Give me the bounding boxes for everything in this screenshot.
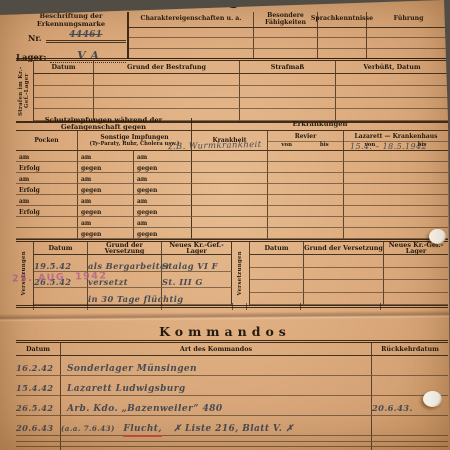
- blank-cell: [34, 98, 94, 110]
- blank-cell: [367, 38, 450, 48]
- blank-cell: [254, 38, 318, 48]
- table-stub: [87, 303, 88, 310]
- flucht-note-suffix: ✗ Liste 216, Blatt V. ✗: [167, 424, 293, 434]
- blank-cell: [192, 228, 268, 239]
- table-stub: [232, 303, 233, 310]
- blank-cell: [34, 74, 94, 86]
- kommando-datum: 20.6.43: [16, 416, 61, 436]
- transfer-grund: in 30 Tage flüchtig: [88, 288, 162, 305]
- col-pocken: Pocken: [16, 131, 78, 151]
- transfer-datum: 19.5.42: [34, 255, 88, 272]
- col-krankheit: Krankheit: [192, 131, 268, 151]
- kommandos-table: Datum Art des Kommandos Rückkehrdatum 16…: [16, 340, 448, 450]
- transfer-lager: Stalag VI F: [162, 255, 232, 272]
- blank-cell: [344, 206, 448, 217]
- impfungen-erkrankungen-section: Schutzimpfungen während der Gefangenscha…: [16, 118, 448, 239]
- col-datum: Datum: [16, 343, 61, 356]
- character-table: Charaktereigenschaften u. a. Besondere F…: [127, 12, 450, 59]
- blank-cell: [192, 173, 268, 184]
- vacc-cell: am: [16, 173, 78, 184]
- table-stub: [300, 303, 301, 310]
- blank-cell: [344, 173, 448, 184]
- blank-cell: [268, 228, 344, 239]
- col-grund-versetzung: Grund der Versetzung: [304, 242, 384, 255]
- transfer-lager: [162, 288, 232, 305]
- blank-cell: [192, 151, 268, 162]
- identity-block: Beschriftung der Erkennungsmarke Nr. 444…: [16, 13, 126, 63]
- vacc-cell: Erfolg: [16, 184, 78, 195]
- strafen-side-label: Strafen im Kr.-Gef.-Lager: [16, 61, 34, 121]
- blank-cell: [304, 280, 384, 293]
- vacc-cell: am: [134, 217, 192, 228]
- blank-cell: [268, 162, 344, 173]
- col-fuehrung: Führung: [367, 12, 450, 28]
- punch-hole-top: [429, 229, 446, 244]
- vacc-cell: [16, 228, 78, 239]
- col-revier: Revier vonbis: [268, 131, 344, 151]
- blank-cell: [192, 206, 268, 217]
- col-datum: Datum: [34, 61, 94, 74]
- table-stub: [161, 303, 162, 310]
- blank-cell: [268, 173, 344, 184]
- blank-cell: [250, 293, 304, 306]
- blank-cell: [250, 255, 304, 268]
- vacc-cell: gegen: [78, 184, 134, 195]
- blank-cell: [240, 98, 336, 110]
- blank-cell: [318, 38, 367, 48]
- blank-cell: [34, 86, 94, 98]
- blank-cell: [384, 293, 448, 306]
- kommando-art: Arb. Kdo. „Bazenweiler“ 480: [61, 396, 372, 416]
- vacc-cell: gegen: [134, 206, 192, 217]
- vacc-cell: gegen: [78, 162, 134, 173]
- col-art-des-kommandos: Art des Kommandos: [61, 343, 372, 356]
- kommandos-title: Kommandos: [0, 324, 450, 339]
- blank-cell: [384, 255, 448, 268]
- vacc-cell: am: [78, 173, 134, 184]
- blank-cell: [268, 206, 344, 217]
- blank-cell: [318, 28, 367, 38]
- nr-handwritten-value: 44461: [46, 30, 126, 43]
- col-datum: Datum: [250, 242, 304, 255]
- blank-cell: [268, 151, 344, 162]
- blank-cell: [254, 28, 318, 38]
- blank-cell: [344, 184, 448, 195]
- blank-cell: [268, 184, 344, 195]
- blank-cell: [129, 38, 254, 48]
- col-sprachkenntnisse: Sprachkenntnisse: [318, 12, 367, 28]
- blank-cell: [304, 255, 384, 268]
- blank-cell: [268, 195, 344, 206]
- col-strafmass: Strafmaß: [240, 61, 336, 74]
- versetzungen-side-label: Versetzungen: [232, 242, 250, 305]
- kommando-datum: 15.4.42: [16, 376, 61, 396]
- vacc-cell: gegen: [134, 228, 192, 239]
- col-datum: Datum: [34, 242, 88, 255]
- transfer-lager: St. III G: [162, 272, 232, 289]
- blank-cell: [192, 217, 268, 228]
- blank-cell: [336, 86, 448, 98]
- blank-cell: [336, 74, 448, 86]
- blank-cell: [344, 151, 448, 162]
- blank-cell: [94, 86, 240, 98]
- blank-cell: [336, 98, 448, 110]
- col-grund-versetzung: Grund der Versetzung: [88, 242, 162, 255]
- col-lazarett: Lazarett — Krankenhaus vonbis: [344, 131, 448, 151]
- strafen-section: Strafen im Kr.-Gef.-Lager Datum Grund de…: [16, 58, 448, 123]
- col-neues-lager: Neues Kr.-Gef.-Lager: [162, 242, 232, 255]
- vacc-cell: am: [78, 195, 134, 206]
- blank-cell: [240, 74, 336, 86]
- erkrankungen-title: Erkrankungen: [192, 118, 448, 131]
- col-grund-bestrafung: Grund der Bestrafung: [94, 61, 240, 74]
- vacc-cell: Erfolg: [16, 206, 78, 217]
- blank-cell: [367, 28, 450, 38]
- vacc-cell: gegen: [134, 162, 192, 173]
- ink-spot: [225, 0, 238, 9]
- flucht-note-prefix: (a.a. 7.6.43): [61, 424, 115, 433]
- vacc-cell: am: [78, 151, 134, 162]
- col-charaktereigenschaften: Charaktereigenschaften u. a.: [129, 12, 254, 28]
- kommando-datum: 26.5.42: [16, 396, 61, 416]
- vacc-cell: am: [78, 217, 134, 228]
- vacc-cell: gegen: [78, 206, 134, 217]
- blank-cell: [304, 268, 384, 281]
- kommando-art-flucht: (a.a. 7.6.43) Flucht, ✗ Liste 216, Blatt…: [61, 416, 372, 436]
- blank-cell: [344, 217, 448, 228]
- blank-cell: [344, 195, 448, 206]
- blank-cell: [250, 268, 304, 281]
- kommando-art: Sonderlager Münsingen: [61, 356, 372, 376]
- vacc-cell: am: [16, 195, 78, 206]
- kommando-rueckkehr: [372, 416, 448, 436]
- col-besondere-faehigkeiten: Besondere Fähigkeiten: [254, 12, 318, 28]
- blank-cell: [94, 74, 240, 86]
- nr-label: Nr.: [28, 33, 42, 43]
- erkennungsmarke-title: Beschriftung der Erkennungsmarke: [16, 13, 126, 28]
- col-rueckkehrdatum: Rückkehrdatum: [372, 343, 448, 356]
- blank-cell: [384, 280, 448, 293]
- blank-cell: [129, 28, 254, 38]
- blank-cell: [192, 184, 268, 195]
- col-sonstige-impfungen: Sonstige Impfungen (Ty-Paraty, Ruhr, Cho…: [78, 131, 192, 151]
- blank-cell: [250, 280, 304, 293]
- fold-crease: [0, 310, 450, 322]
- punch-hole-bottom: [423, 391, 442, 407]
- vacc-cell: Erfolg: [16, 162, 78, 173]
- blank-cell: [192, 195, 268, 206]
- vacc-cell: [16, 217, 78, 228]
- vacc-cell: am: [134, 173, 192, 184]
- vacc-cell: am: [134, 195, 192, 206]
- transfer-datum: [34, 288, 88, 305]
- kommando-art: Lazarett Ludwigsburg: [61, 376, 372, 396]
- vacc-cell: am: [134, 151, 192, 162]
- col-verbuesst: Verbüßt, Datum: [336, 61, 448, 74]
- vacc-cell: gegen: [78, 228, 134, 239]
- pow-record-card-scan: Beschriftung der Erkennungsmarke Nr. 444…: [0, 0, 450, 450]
- transfer-grund: als Bergarbeiter: [88, 255, 162, 272]
- blank-cell: [344, 162, 448, 173]
- blank-cell: [192, 162, 268, 173]
- blank-cell: [304, 293, 384, 306]
- kommando-rueckkehr: [372, 356, 448, 376]
- blank-cell: [384, 268, 448, 281]
- table-stub: [380, 303, 381, 310]
- vacc-cell: am: [16, 151, 78, 162]
- table-stub: [33, 303, 34, 310]
- blank-cell: [240, 86, 336, 98]
- paper-card: Beschriftung der Erkennungsmarke Nr. 444…: [0, 0, 450, 450]
- impfungen-title: Schutzimpfungen während der Gefangenscha…: [16, 118, 192, 131]
- blank-cell: [94, 98, 240, 110]
- table-stub: [246, 303, 247, 310]
- blank-cell: [268, 217, 344, 228]
- vacc-cell: gegen: [134, 184, 192, 195]
- kommando-datum: 16.2.42: [16, 356, 61, 376]
